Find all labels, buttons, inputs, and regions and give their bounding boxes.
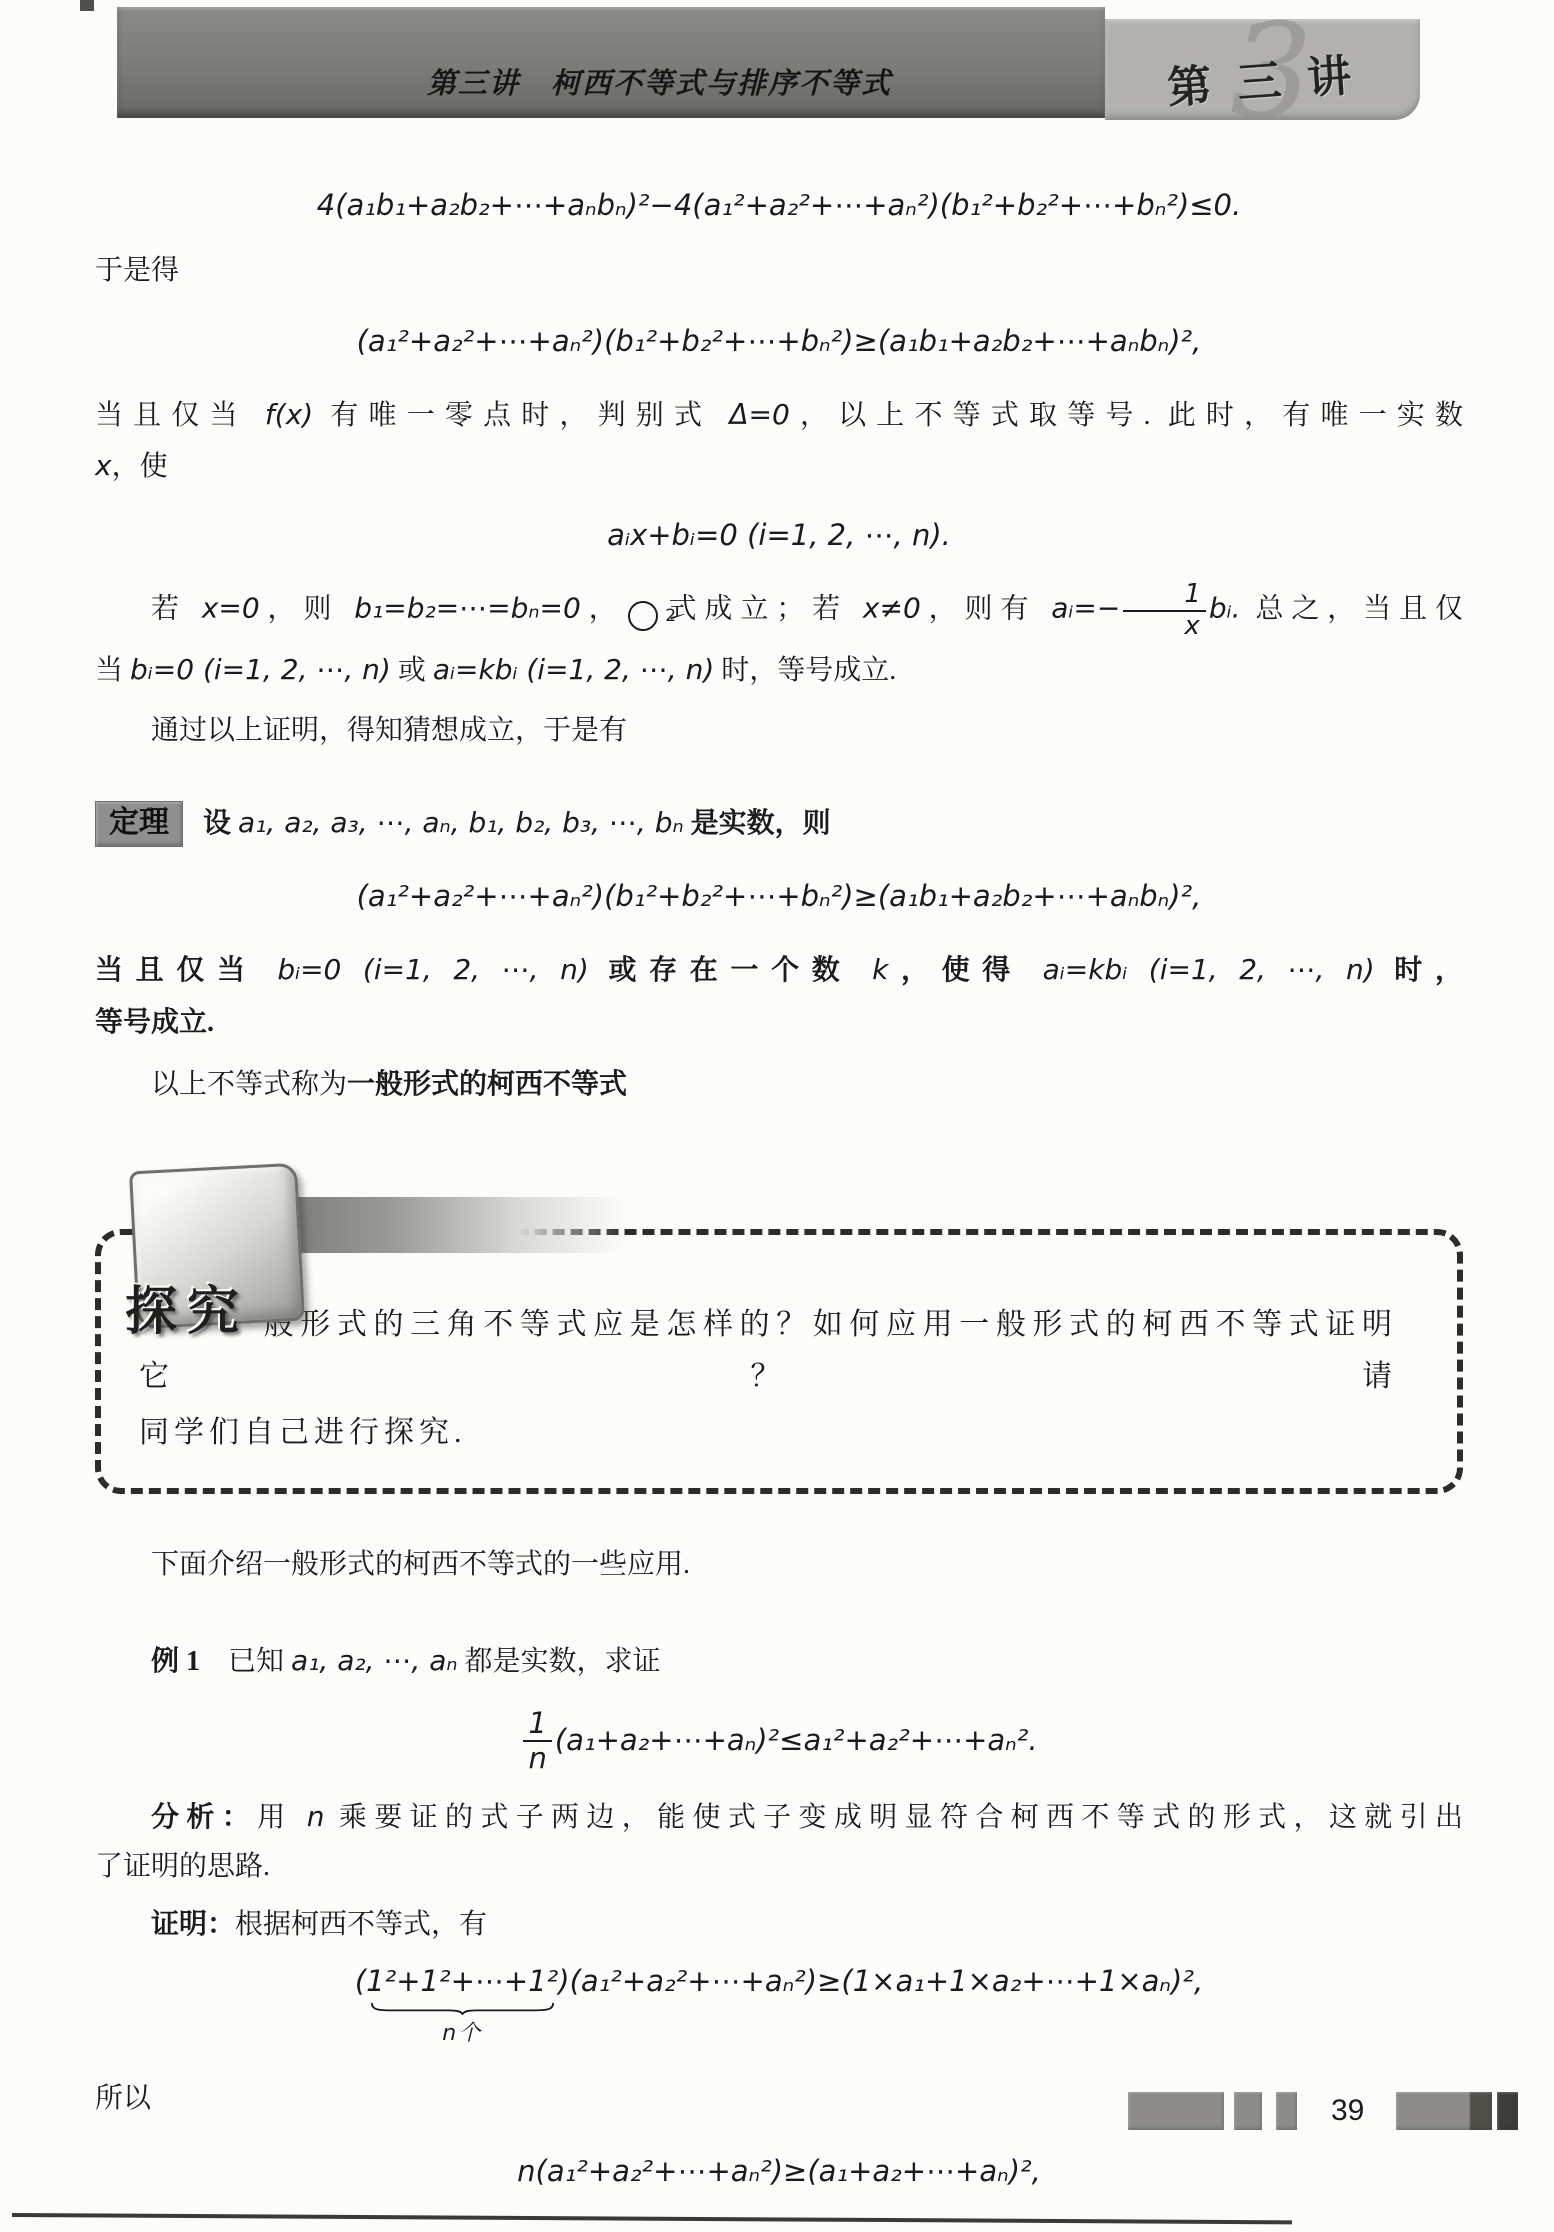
braced-expression: (1²+1²+⋯+1²) — [355, 1962, 570, 2001]
inline-fraction: 1x — [1123, 580, 1206, 642]
text-run: 根据柯西不等式，有 — [235, 1909, 487, 1940]
text-run: k — [872, 953, 888, 986]
formula-root: aᵢx+bᵢ=0 (i=1, 2, ⋯, n). — [95, 514, 1463, 556]
page-number: 39 — [1331, 2094, 1364, 2128]
text-run: 证明： — [151, 1909, 235, 1940]
text-run: aᵢ=kbᵢ (i=1, 2, ⋯, n) — [433, 653, 714, 686]
text-run: aᵢ=− — [1051, 591, 1120, 624]
theorem-condition-line2: 等号成立. — [95, 998, 1463, 1048]
page-bottom-rule — [12, 2213, 1292, 2224]
underbrace-label: n个 — [442, 2018, 482, 2050]
para-case-line2: 当 bᵢ=0 (i=1, 2, ⋯, n) 或 aᵢ=kbᵢ (i=1, 2, … — [95, 645, 1463, 696]
proof-formula-rest: (a₁²+a₂²+⋯+aₙ²)≥(1×a₁+1×a₂+⋯+1×aₙ)², — [570, 1962, 1204, 2001]
para-conclusion: 通过以上证明，得知猜想成立，于是有 — [95, 706, 1463, 756]
text-run: ，以上不等式取等号. 此时，有唯一实数 — [790, 400, 1463, 431]
text-run: bᵢ=0 (i=1, 2, ⋯, n) — [130, 653, 391, 686]
para-case-line1: 若 x=0，则 b₁=b₂=⋯=bₙ=0，2式成立；若 x≠0，则有 aᵢ=−1… — [95, 580, 1463, 642]
explore-gradient-bar — [245, 1197, 625, 1253]
theorem-heading: 定理 设 a₁, a₂, a₃, ⋯, aₙ, b₁, b₂, b₃, ⋯, b… — [95, 798, 1463, 849]
example-proof-intro: 证明：根据柯西不等式，有 — [95, 1900, 1463, 1950]
text-run: f(x) — [265, 398, 313, 431]
page-footer: 39 — [1128, 2092, 1518, 2130]
text-run: 时，等号成立. — [714, 655, 896, 686]
para-then: 于是得 — [95, 246, 1463, 296]
textbook-page: 第三讲 柯西不等式与排序不等式 3 第三讲 4(a₁b₁+a₂b₂+⋯+aₙbₙ… — [0, 0, 1554, 2232]
text-run: ，使得 — [888, 955, 1042, 986]
text-run: x≠0 — [863, 591, 921, 624]
explore-label: 探究 — [125, 1267, 249, 1360]
text-run: 总之，当且仅 — [1241, 593, 1463, 624]
underbrace-group: (1²+1²+⋯+1²) n个 — [355, 1962, 570, 2050]
text-run: 了证明的思路. — [95, 1851, 270, 1882]
text-run: 当 — [95, 655, 130, 686]
theorem-block: 定理 设 a₁, a₂, a₃, ⋯, aₙ, b₁, b₂, b₃, ⋯, b… — [95, 798, 1463, 1109]
chapter-banner-title: 第三讲 柯西不等式与排序不等式 — [427, 61, 892, 102]
theorem-badge: 定理 — [95, 801, 183, 847]
text-run: 当且仅当 — [95, 955, 277, 986]
example-analysis-line1: 分析：用 n 乘要证的式子两边，能使式子变成明显符合柯西不等式的形式，这就引出 — [95, 1792, 1463, 1843]
text-run: bᵢ=0 (i=1, 2, ⋯, n) — [277, 953, 588, 986]
text-run: aᵢ=kbᵢ (i=1, 2, ⋯, n) — [1043, 953, 1375, 986]
text-run: x=0 — [202, 591, 260, 624]
example-heading-spacer — [200, 1646, 228, 1677]
proof-formula: (1²+1²+⋯+1²) n个 (a₁²+a₂²+⋯+aₙ²)≥(1×a₁+1×… — [95, 1962, 1463, 2050]
example-analysis-line2: 了证明的思路. — [95, 1842, 1463, 1892]
text-run: 等号成立. — [95, 1007, 214, 1038]
text-run: 已知 — [228, 1646, 291, 1677]
theorem-intro: 设 a₁, a₂, a₃, ⋯, aₙ, b₁, b₂, b₃, ⋯, bₙ 是… — [203, 798, 831, 849]
text-run: a₁, a₂, a₃, ⋯, aₙ, b₁, b₂, b₃, ⋯, bₙ — [238, 806, 684, 839]
underbrace-icon — [368, 2002, 557, 2015]
scan-corner-mark — [80, 0, 94, 11]
inline-fraction: 1n — [523, 1707, 551, 1776]
page-content: 4(a₁b₁+a₂b₂+⋯+aₙbₙ)²−4(a₁²+a₂²+⋯+aₙ²)(b₁… — [95, 172, 1463, 2192]
text-run: ，则 — [260, 593, 355, 624]
text-run: 设 — [203, 808, 238, 839]
text-run: 或 — [391, 655, 433, 686]
text-run: 有唯一零点时，判别式 — [313, 400, 729, 431]
explore-box: 探究 一般形式的三角不等式应是怎样的？如何应用一般形式的柯西不等式证明它？请 同… — [95, 1229, 1463, 1494]
example-heading-text: 已知 a₁, a₂, ⋯, aₙ 都是实数，求证 — [228, 1646, 661, 1677]
text-run: b₁=b₂=⋯=bₙ=0 — [354, 591, 581, 624]
text-run: 一般形式的柯西不等式 — [347, 1069, 627, 1100]
text-run: 当且仅当 — [95, 400, 265, 431]
text-run: 同学们自己进行探究. — [139, 1416, 467, 1449]
para-equality-line1: 当且仅当 f(x) 有唯一零点时，判别式 Δ=0，以上不等式取等号. 此时，有唯… — [95, 390, 1463, 441]
para-closing: 以上不等式称为一般形式的柯西不等式 — [95, 1060, 1463, 1110]
text-run: 若 — [151, 593, 202, 624]
theorem-condition-line1: 当且仅当 bᵢ=0 (i=1, 2, ⋯, n) 或存在一个数 k，使得 aᵢ=… — [95, 945, 1463, 996]
text-run: (a₁+a₂+⋯+aₙ)²≤a₁²+a₂²+⋯+aₙ². — [555, 1715, 1038, 1767]
footer-decor-block — [1497, 2092, 1518, 2130]
para-equality-line2: x，使 — [95, 441, 1463, 492]
para-applications-intro: 下面介绍一般形式的柯西不等式的一些应用. — [95, 1540, 1463, 1590]
footer-decor-block — [1234, 2092, 1262, 2130]
example-heading: 例 1 已知 a₁, a₂, ⋯, aₙ 都是实数，求证 — [95, 1636, 1463, 1687]
example-formula: 1n(a₁+a₂+⋯+aₙ)²≤a₁²+a₂²+⋯+aₙ². — [95, 1707, 1463, 1776]
text-run: x — [95, 449, 112, 482]
text-run: 用 — [257, 1802, 307, 1833]
text-run: ，使 — [112, 451, 168, 482]
explore-question-line1: 一般形式的三角不等式应是怎样的？如何应用一般形式的柯西不等式证明它？请 — [139, 1299, 1397, 1402]
chapter-banner: 第三讲 柯西不等式与排序不等式 — [117, 7, 1105, 118]
text-run: ，则有 — [921, 593, 1051, 624]
footer-decor-block — [1396, 2092, 1492, 2130]
formula-cauchy-derived: (a₁²+a₂²+⋯+aₙ²)(b₁²+b₂²+⋯+bₙ²)≥(a₁b₁+a₂b… — [95, 320, 1463, 362]
text-run: 分析： — [151, 1802, 257, 1833]
text-run: 以上不等式称为 — [151, 1069, 347, 1100]
text-run: 是实数，则 — [684, 808, 831, 839]
theorem-formula: (a₁²+a₂²+⋯+aₙ²)(b₁²+b₂²+⋯+bₙ²)≥(a₁b₁+a₂b… — [95, 875, 1463, 917]
example-label: 例 1 — [151, 1646, 200, 1677]
circled-number: 2 — [628, 601, 658, 631]
final-formula: n(a₁²+a₂²+⋯+aₙ²)≥(a₁+a₂+⋯+aₙ)², — [95, 2150, 1463, 2192]
text-run: 时， — [1375, 955, 1463, 986]
text-run: 都是实数，求证 — [458, 1646, 661, 1677]
text-run: 或存在一个数 — [589, 955, 872, 986]
chapter-tab: 3 第三讲 — [1105, 19, 1420, 120]
chapter-tab-title: 第三讲 — [1165, 38, 1379, 116]
text-run: a₁, a₂, ⋯, aₙ — [291, 1644, 458, 1677]
text-run: 一般形式的三角不等式应是怎样的？如何应用一般形式的柯西不等式证明它？请 — [139, 1308, 1397, 1393]
text-run: 乘要证的式子两边，能使式子变成明显符合柯西不等式的形式，这就引出 — [325, 1802, 1463, 1833]
explore-question-line2: 同学们自己进行探究. — [139, 1407, 1397, 1459]
text-run: 式成立；若 — [661, 593, 863, 624]
text-run: n — [307, 1800, 325, 1833]
footer-decor-block — [1276, 2092, 1297, 2130]
text-run: Δ=0 — [729, 398, 789, 431]
formula-discriminant: 4(a₁b₁+a₂b₂+⋯+aₙbₙ)²−4(a₁²+a₂²+⋯+aₙ²)(b₁… — [95, 184, 1463, 226]
text-run: bᵢ. — [1209, 591, 1241, 624]
footer-decor-block — [1128, 2092, 1224, 2130]
